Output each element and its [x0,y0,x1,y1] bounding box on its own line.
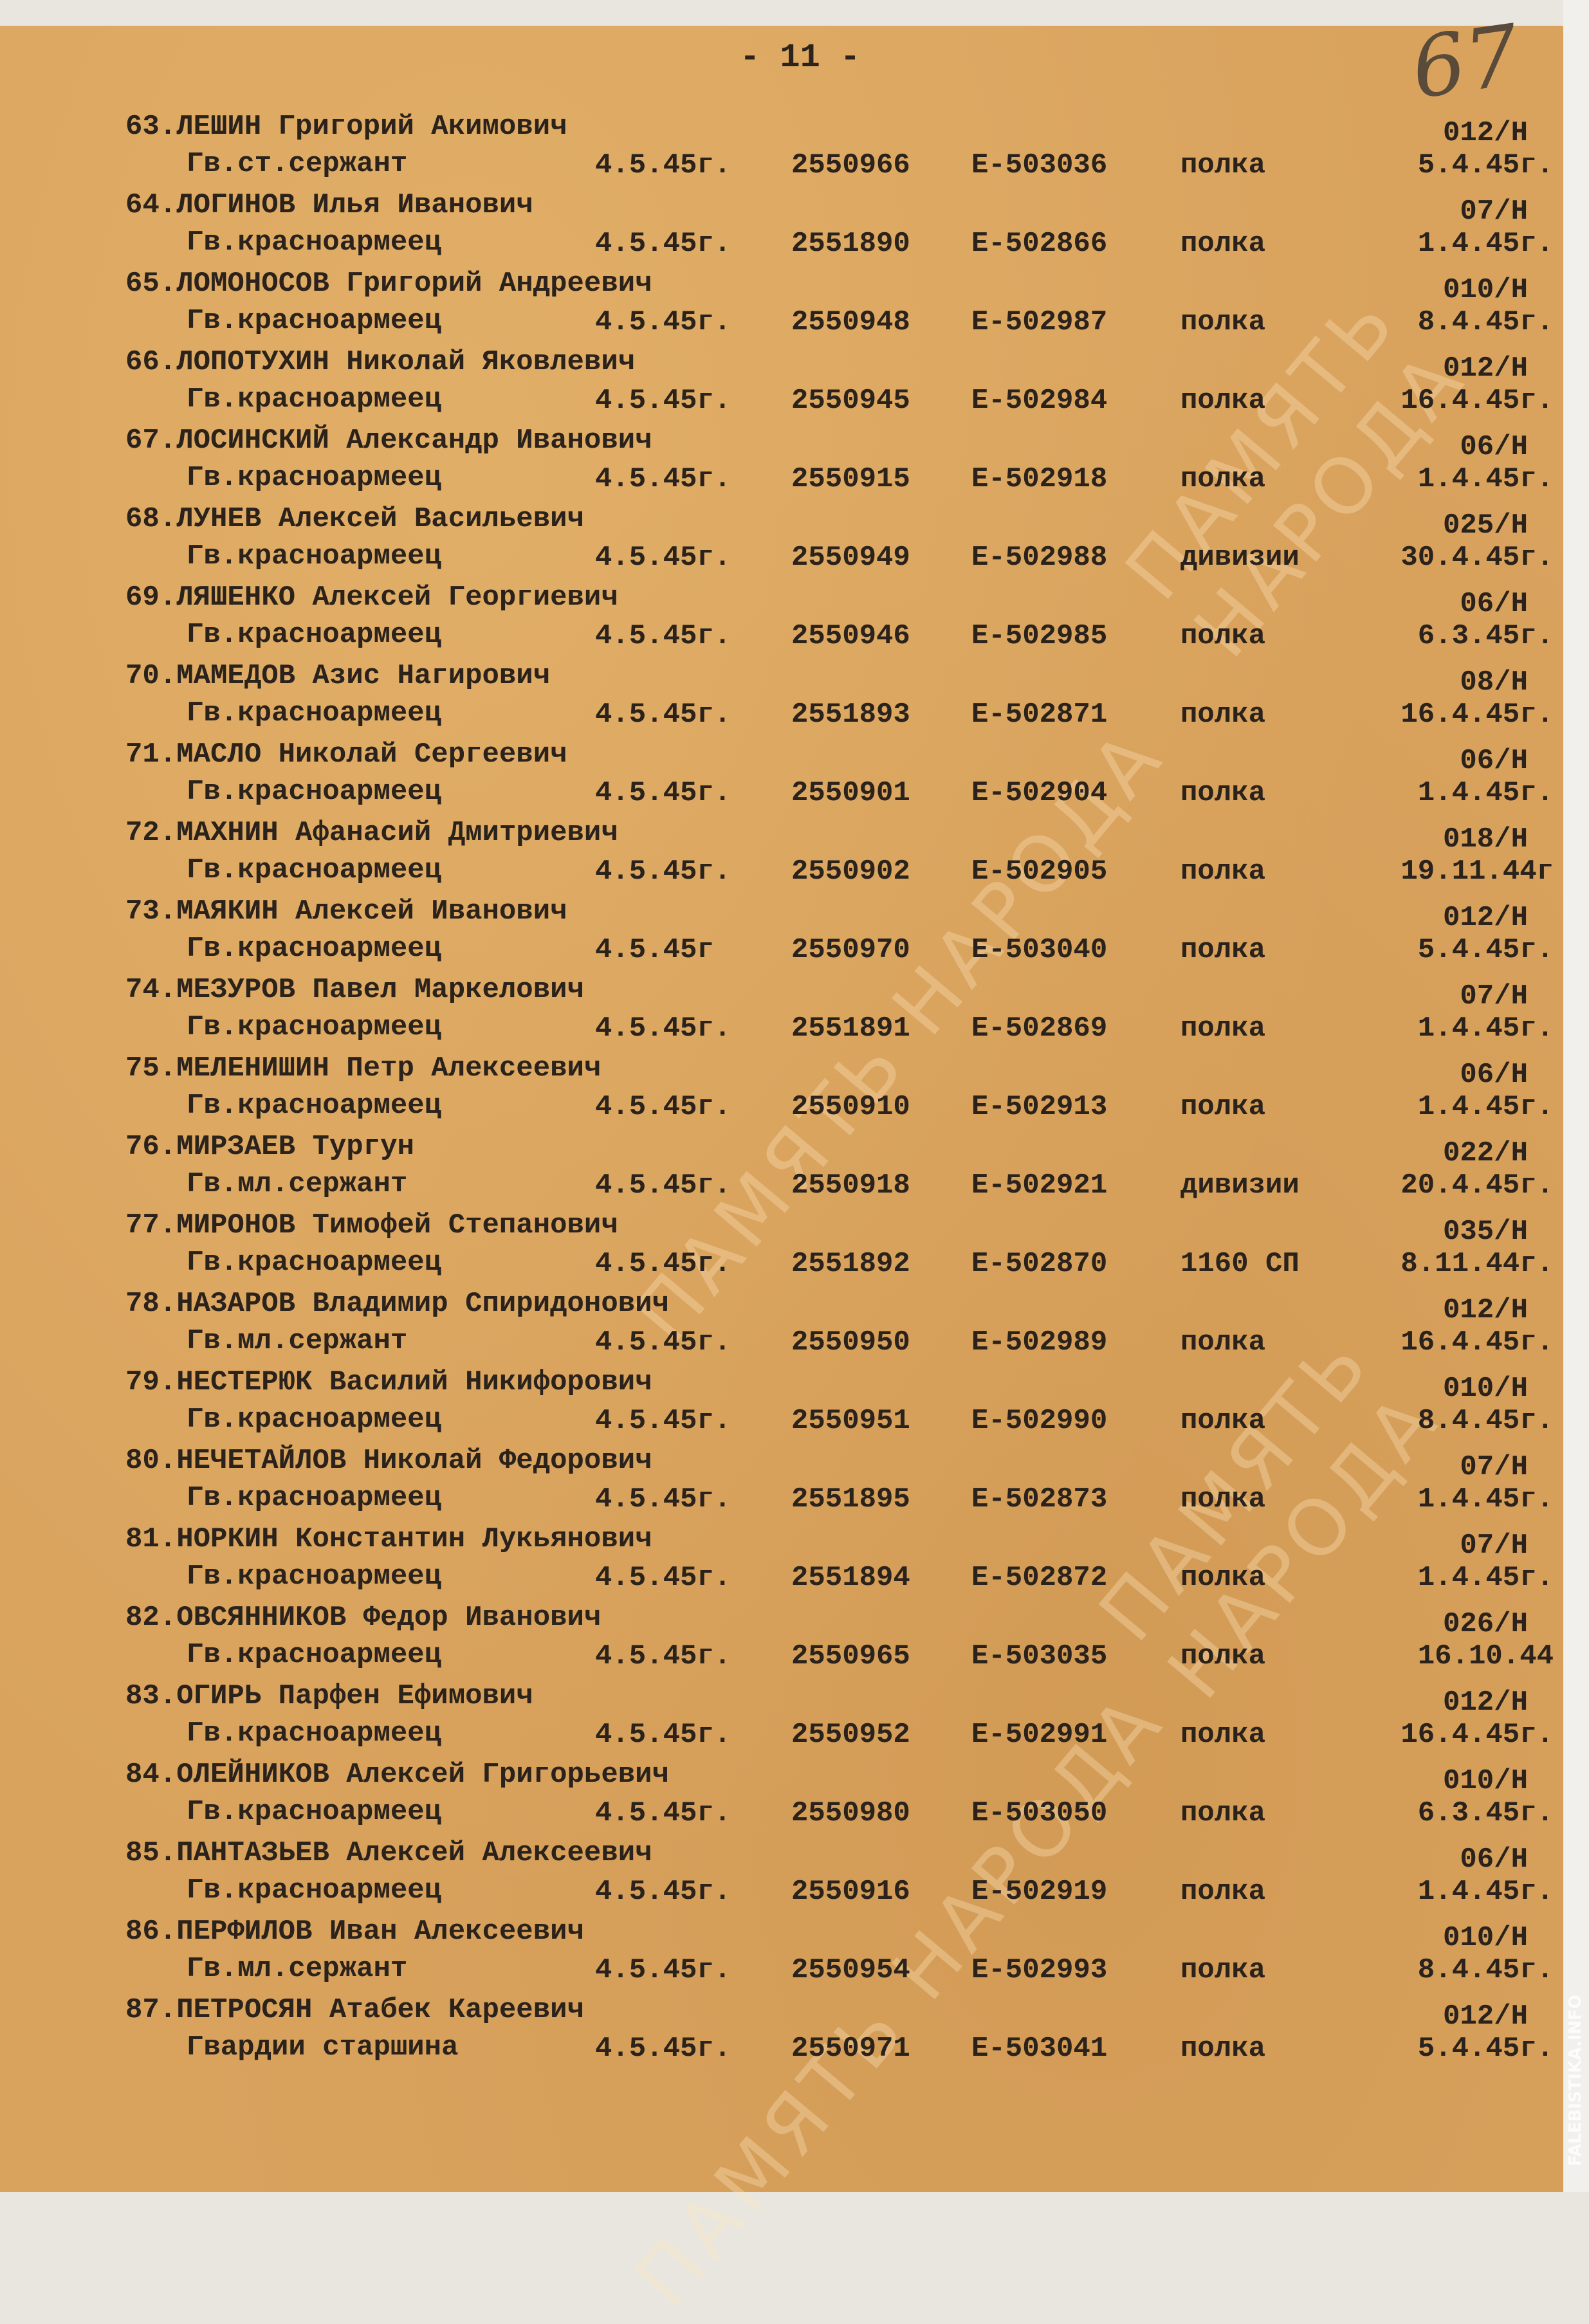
order-number: 010/Н [1443,1765,1528,1797]
order-number: 06/Н [1460,588,1528,620]
full-name: ЛОГИНОВ Илья Иванович [176,189,533,221]
certificate-series: Е-502870 [971,1248,1107,1280]
order-date: 8.4.45г. [1418,1954,1554,1986]
order-date: 30.4.45г. [1401,542,1554,574]
order-date: 16.4.45г. [1401,1719,1554,1751]
entry-name: 72.МАХНИН Афанасий Дмитриевич [125,817,618,849]
order-number: 07/Н [1460,1451,1528,1483]
order-date: 8.4.45г. [1418,306,1554,338]
entry-name: 68.ЛУНЕВ Алексей Васильевич [125,503,584,535]
order-number: 012/Н [1443,1687,1528,1719]
rank: Гв.красноармеец [187,1011,441,1043]
entry-number: 85. [125,1837,176,1869]
award-date: 4.5.45г. [595,1797,731,1829]
order-number: 010/Н [1443,274,1528,306]
order-number: 07/Н [1460,196,1528,228]
award-number: 2550902 [791,855,910,888]
list-entry: 69.ЛЯШЕНКО Алексей Георгиевич06/НГв.крас… [125,581,1560,660]
award-date: 4.5.45г. [595,1326,731,1359]
award-number: 2550954 [791,1954,910,1986]
order-date: 1.4.45г. [1418,777,1554,809]
certificate-series: Е-502866 [971,228,1107,260]
order-level: полка [1180,1797,1265,1829]
order-level: полка [1180,699,1265,731]
award-number: 2551890 [791,228,910,260]
page-number: - 11 - [740,39,860,77]
full-name: ЛОСИНСКИЙ Александр Иванович [176,425,652,457]
award-number: 2550946 [791,620,910,652]
list-entry: 64.ЛОГИНОВ Илья Иванович07/НГв.красноарм… [125,189,1560,268]
full-name: ЛУНЕВ Алексей Васильевич [176,503,584,535]
entry-name: 81.НОРКИН Константин Лукьянович [125,1523,652,1555]
entry-number: 77. [125,1209,176,1241]
certificate-series: Е-502985 [971,620,1107,652]
entry-number: 87. [125,1994,176,2026]
full-name: ЛОПОТУХИН Николай Яковлевич [176,346,635,378]
rank: Гв.красноармеец [187,1482,441,1514]
full-name: НЕЧЕТАЙЛОВ Николай Федорович [176,1445,652,1477]
certificate-series: Е-502873 [971,1483,1107,1515]
certificate-series: Е-502918 [971,463,1107,495]
award-number: 2550915 [791,463,910,495]
entry-name: 70.МАМЕДОВ Азис Нагирович [125,660,550,692]
list-entry: 65.ЛОМОНОСОВ Григорий Андреевич010/НГв.к… [125,268,1560,346]
order-number: 06/Н [1460,1059,1528,1091]
order-level: полка [1180,149,1265,181]
entry-name: 77.МИРОНОВ Тимофей Степанович [125,1209,618,1241]
award-number: 2550966 [791,149,910,181]
award-number: 2550918 [791,1169,910,1202]
order-date: 5.4.45г. [1418,149,1554,181]
order-date: 8.11.44г. [1401,1248,1554,1280]
order-level: полка [1180,1954,1265,1986]
list-entry: 81.НОРКИН Константин Лукьянович07/НГв.кр… [125,1523,1560,1602]
full-name: МЕЛЕНИШИН Петр Алексеевич [176,1052,601,1084]
rank: Гв.красноармеец [187,1560,441,1593]
award-number: 2550980 [791,1797,910,1829]
full-name: ОВСЯННИКОВ Федор Иванович [176,1602,601,1634]
list-entry: 72.МАХНИН Афанасий Дмитриевич018/НГв.кра… [125,817,1560,895]
award-number: 2550901 [791,777,910,809]
entry-name: 87.ПЕТРОСЯН Атабек Кареевич [125,1994,584,2026]
award-date: 4.5.45г. [595,777,731,809]
entry-number: 86. [125,1916,176,1948]
order-level: полка [1180,1640,1265,1672]
order-number: 012/Н [1443,902,1528,934]
full-name: ОГИРЬ Парфен Ефимович [176,1680,533,1712]
order-level: полка [1180,463,1265,495]
entry-name: 80.НЕЧЕТАЙЛОВ Николай Федорович [125,1445,652,1477]
entry-name: 86.ПЕРФИЛОВ Иван Алексеевич [125,1916,584,1948]
entry-number: 83. [125,1680,176,1712]
full-name: МАМЕДОВ Азис Нагирович [176,660,550,692]
entry-name: 76.МИРЗАЕВ Тургун [125,1131,414,1163]
certificate-series: Е-503036 [971,149,1107,181]
award-date: 4.5.45г. [595,1562,731,1594]
entry-name: 73.МАЯКИН Алексей Иванович [125,895,567,928]
list-entry: 76.МИРЗАЕВ Тургун022/НГв.мл.сержант4.5.4… [125,1131,1560,1209]
handwritten-folio-number: 67 [1406,6,1525,118]
rank: Гв.красноармеец [187,1247,441,1279]
order-date: 1.4.45г. [1418,1012,1554,1045]
entry-number: 69. [125,581,176,614]
rank: Гв.мл.сержант [187,1168,407,1200]
order-number: 012/Н [1443,2000,1528,2033]
order-date: 20.4.45г. [1401,1169,1554,1202]
certificate-series: Е-502984 [971,385,1107,417]
order-number: 07/Н [1460,1530,1528,1562]
full-name: МЕЗУРОВ Павел Маркелович [176,974,584,1006]
award-number: 2550949 [791,542,910,574]
full-name: МАХНИН Афанасий Дмитриевич [176,817,618,849]
award-date: 4.5.45г. [595,228,731,260]
order-number: 026/Н [1443,1608,1528,1640]
award-date: 4.5.45г. [595,2033,731,2065]
entry-number: 64. [125,189,176,221]
order-date: 1.4.45г. [1418,1562,1554,1594]
list-entry: 80.НЕЧЕТАЙЛОВ Николай Федорович07/НГв.кр… [125,1445,1560,1523]
entry-name: 74.МЕЗУРОВ Павел Маркелович [125,974,584,1006]
order-number: 010/Н [1443,1373,1528,1405]
rank: Гв.красноармеец [187,383,441,416]
entry-number: 65. [125,268,176,300]
award-date: 4.5.45г. [595,1954,731,1986]
rank: Гв.красноармеец [187,776,441,808]
entry-name: 84.ОЛЕЙНИКОВ Алексей Григорьевич [125,1759,669,1791]
certificate-series: Е-502904 [971,777,1107,809]
order-date: 16.4.45г. [1401,1326,1554,1359]
rank: Гвардии старшина [187,2031,458,2063]
award-number: 2550945 [791,385,910,417]
award-number: 2550910 [791,1091,910,1123]
order-level: полка [1180,1091,1265,1123]
full-name: МАСЛО Николай Сергеевич [176,738,567,771]
order-date: 1.4.45г. [1418,228,1554,260]
award-date: 4.5.45г. [595,463,731,495]
order-level: полка [1180,1719,1265,1751]
list-entry: 78.НАЗАРОВ Владимир Спиридонович012/НГв.… [125,1288,1560,1366]
order-level: полка [1180,934,1265,966]
rank: Гв.красноармеец [187,1639,441,1671]
order-level: дивизии [1180,1169,1300,1202]
entry-number: 81. [125,1523,176,1555]
certificate-series: Е-502869 [971,1012,1107,1045]
rank: Гв.ст.сержант [187,148,407,180]
entry-name: 71.МАСЛО Николай Сергеевич [125,738,567,771]
order-date: 16.10.44 [1418,1640,1554,1672]
order-number: 035/Н [1443,1216,1528,1248]
entry-number: 63. [125,111,176,143]
order-level: полка [1180,1562,1265,1594]
rank: Гв.красноармеец [187,1874,441,1907]
award-date: 4.5.45г. [595,149,731,181]
list-entry: 85.ПАНТАЗЬЕВ Алексей Алексеевич06/НГв.кр… [125,1837,1560,1916]
award-date: 4.5.45г. [595,1719,731,1751]
scan-margin [1563,0,1589,2192]
certificate-series: Е-502919 [971,1876,1107,1908]
order-number: 07/Н [1460,980,1528,1012]
certificate-series: Е-503050 [971,1797,1107,1829]
award-date: 4.5.45г. [595,699,731,731]
certificate-series: Е-502991 [971,1719,1107,1751]
award-date: 4.5.45г. [595,1169,731,1202]
list-entry: 71.МАСЛО Николай Сергеевич06/НГв.красноа… [125,738,1560,817]
entry-name: 75.МЕЛЕНИШИН Петр Алексеевич [125,1052,601,1084]
award-number: 2551892 [791,1248,910,1280]
award-date: 4.5.45г. [595,620,731,652]
rank: Гв.красноармеец [187,933,441,965]
certificate-series: Е-502905 [971,855,1107,888]
entry-name: 78.НАЗАРОВ Владимир Спиридонович [125,1288,669,1320]
entry-number: 82. [125,1602,176,1634]
list-entry: 67.ЛОСИНСКИЙ Александр Иванович06/НГв.кр… [125,425,1560,503]
full-name: НАЗАРОВ Владимир Спиридонович [176,1288,669,1320]
rank: Гв.красноармеец [187,305,441,337]
entry-number: 84. [125,1759,176,1791]
order-number: 06/Н [1460,431,1528,463]
order-level: полка [1180,385,1265,417]
entry-number: 67. [125,425,176,457]
award-number: 2551891 [791,1012,910,1045]
certificate-series: Е-502921 [971,1169,1107,1202]
order-level: полка [1180,1405,1265,1437]
entry-name: 64.ЛОГИНОВ Илья Иванович [125,189,533,221]
certificate-series: Е-502989 [971,1326,1107,1359]
entry-number: 66. [125,346,176,378]
entry-name: 63.ЛЕШИН Григорий Акимович [125,111,567,143]
award-date: 4.5.45г. [595,1012,731,1045]
entry-number: 71. [125,738,176,771]
list-entry: 83.ОГИРЬ Парфен Ефимович012/НГв.красноар… [125,1680,1560,1759]
certificate-series: Е-503041 [971,2033,1107,2065]
order-date: 6.3.45г. [1418,620,1554,652]
entry-number: 68. [125,503,176,535]
order-date: 1.4.45г. [1418,1091,1554,1123]
certificate-series: Е-502993 [971,1954,1107,1986]
order-number: 022/Н [1443,1137,1528,1169]
rank: Гв.красноармеец [187,462,441,494]
order-level: полка [1180,1483,1265,1515]
list-entry: 70.МАМЕДОВ Азис Нагирович08/НГв.красноар… [125,660,1560,738]
order-level: полка [1180,1012,1265,1045]
rank: Гв.красноармеец [187,619,441,651]
award-number: 2550951 [791,1405,910,1437]
order-number: 010/Н [1443,1922,1528,1954]
award-list: 63.ЛЕШИН Григорий Акимович012/НГв.ст.сер… [125,111,1560,2072]
award-date: 4.5.45г. [595,385,731,417]
award-date: 4.5.45г. [595,1876,731,1908]
list-entry: 66.ЛОПОТУХИН Николай Яковлевич012/НГв.кр… [125,346,1560,425]
entry-number: 80. [125,1445,176,1477]
order-level: полка [1180,1876,1265,1908]
full-name: НЕСТЕРЮК Василий Никифорович [176,1366,652,1398]
rank: Гв.красноармеец [187,1090,441,1122]
award-number: 2551894 [791,1562,910,1594]
order-level: 1160 СП [1180,1248,1300,1280]
certificate-series: Е-502871 [971,699,1107,731]
full-name: МИРОНОВ Тимофей Степанович [176,1209,618,1241]
award-date: 4.5.45г. [595,855,731,888]
award-number: 2550948 [791,306,910,338]
full-name: ПЕТРОСЯН Атабек Кареевич [176,1994,584,2026]
entry-name: 85.ПАНТАЗЬЕВ Алексей Алексеевич [125,1837,652,1869]
order-level: полка [1180,306,1265,338]
rank: Гв.мл.сержант [187,1325,407,1357]
award-number: 2551893 [791,699,910,731]
order-date: 1.4.45г. [1418,1876,1554,1908]
award-date: 4.5.45г. [595,306,731,338]
list-entry: 86.ПЕРФИЛОВ Иван Алексеевич010/НГв.мл.се… [125,1916,1560,1994]
order-level: дивизии [1180,542,1300,574]
rank: Гв.красноармеец [187,1717,441,1750]
rank: Гв.красноармеец [187,1796,441,1828]
list-entry: 74.МЕЗУРОВ Павел Маркелович07/НГв.красно… [125,974,1560,1052]
entry-name: 79.НЕСТЕРЮК Василий Никифорович [125,1366,652,1398]
full-name: ОЛЕЙНИКОВ Алексей Григорьевич [176,1759,669,1791]
full-name: МАЯКИН Алексей Иванович [176,895,567,928]
order-number: 08/Н [1460,666,1528,699]
order-level: полка [1180,228,1265,260]
site-watermark: FALEBISTIKA.INFO [1566,1995,1585,2166]
award-number: 2551895 [791,1483,910,1515]
award-date: 4.5.45г. [595,1091,731,1123]
rank: Гв.красноармеец [187,226,441,259]
certificate-series: Е-502987 [971,306,1107,338]
order-date: 19.11.44г [1401,855,1554,888]
order-number: 012/Н [1443,352,1528,385]
award-number: 2550965 [791,1640,910,1672]
full-name: ЛЕШИН Григорий Акимович [176,111,567,143]
entry-name: 82.ОВСЯННИКОВ Федор Иванович [125,1602,601,1634]
full-name: ЛОМОНОСОВ Григорий Андреевич [176,268,652,300]
rank: Гв.красноармеец [187,697,441,729]
certificate-series: Е-502988 [971,542,1107,574]
list-entry: 84.ОЛЕЙНИКОВ Алексей Григорьевич010/НГв.… [125,1759,1560,1837]
entry-name: 69.ЛЯШЕНКО Алексей Георгиевич [125,581,618,614]
full-name: ЛЯШЕНКО Алексей Георгиевич [176,581,618,614]
order-number: 012/Н [1443,117,1528,149]
rank: Гв.красноармеец [187,854,441,886]
entry-number: 70. [125,660,176,692]
award-date: 4.5.45г. [595,1405,731,1437]
order-number: 012/Н [1443,1294,1528,1326]
order-number: 025/Н [1443,509,1528,542]
order-number: 018/Н [1443,823,1528,855]
entry-name: 65.ЛОМОНОСОВ Григорий Андреевич [125,268,652,300]
award-date: 4.5.45г [595,934,714,966]
order-date: 6.3.45г. [1418,1797,1554,1829]
list-entry: 77.МИРОНОВ Тимофей Степанович035/НГв.кра… [125,1209,1560,1288]
certificate-series: Е-502913 [971,1091,1107,1123]
order-level: полка [1180,2033,1265,2065]
list-entry: 68.ЛУНЕВ Алексей Васильевич025/НГв.красн… [125,503,1560,581]
full-name: МИРЗАЕВ Тургун [176,1131,414,1163]
rank: Гв.красноармеец [187,540,441,572]
award-number: 2550950 [791,1326,910,1359]
order-date: 5.4.45г. [1418,2033,1554,2065]
full-name: НОРКИН Константин Лукьянович [176,1523,652,1555]
order-level: полка [1180,777,1265,809]
entry-number: 75. [125,1052,176,1084]
award-number: 2550971 [791,2033,910,2065]
full-name: ПЕРФИЛОВ Иван Алексеевич [176,1916,584,1948]
award-number: 2550952 [791,1719,910,1751]
list-entry: 63.ЛЕШИН Григорий Акимович012/НГв.ст.сер… [125,111,1560,189]
list-entry: 87.ПЕТРОСЯН Атабек Кареевич012/НГвардии … [125,1994,1560,2072]
award-date: 4.5.45г. [595,542,731,574]
certificate-series: Е-502872 [971,1562,1107,1594]
entry-number: 76. [125,1131,176,1163]
order-level: полка [1180,620,1265,652]
order-level: полка [1180,855,1265,888]
award-date: 4.5.45г. [595,1483,731,1515]
order-date: 16.4.45г. [1401,699,1554,731]
order-date: 1.4.45г. [1418,1483,1554,1515]
entry-number: 72. [125,817,176,849]
entry-name: 83.ОГИРЬ Парфен Ефимович [125,1680,533,1712]
entry-number: 79. [125,1366,176,1398]
certificate-series: Е-502990 [971,1405,1107,1437]
order-level: полка [1180,1326,1265,1359]
certificate-series: Е-503040 [971,934,1107,966]
list-entry: 75.МЕЛЕНИШИН Петр Алексеевич06/НГв.красн… [125,1052,1560,1131]
order-date: 1.4.45г. [1418,463,1554,495]
award-number: 2550970 [791,934,910,966]
award-number: 2550916 [791,1876,910,1908]
rank: Гв.мл.сержант [187,1953,407,1985]
list-entry: 79.НЕСТЕРЮК Василий Никифорович010/НГв.к… [125,1366,1560,1445]
entry-name: 66.ЛОПОТУХИН Николай Яковлевич [125,346,635,378]
order-date: 16.4.45г. [1401,385,1554,417]
order-date: 5.4.45г. [1418,934,1554,966]
entry-number: 74. [125,974,176,1006]
award-date: 4.5.45г. [595,1248,731,1280]
list-entry: 82.ОВСЯННИКОВ Федор Иванович026/НГв.крас… [125,1602,1560,1680]
list-entry: 73.МАЯКИН Алексей Иванович012/НГв.красно… [125,895,1560,974]
order-number: 06/Н [1460,745,1528,777]
rank: Гв.красноармеец [187,1404,441,1436]
full-name: ПАНТАЗЬЕВ Алексей Алексеевич [176,1837,652,1869]
order-date: 8.4.45г. [1418,1405,1554,1437]
entry-number: 73. [125,895,176,928]
order-number: 06/Н [1460,1844,1528,1876]
entry-number: 78. [125,1288,176,1320]
award-date: 4.5.45г. [595,1640,731,1672]
entry-name: 67.ЛОСИНСКИЙ Александр Иванович [125,425,652,457]
certificate-series: Е-503035 [971,1640,1107,1672]
